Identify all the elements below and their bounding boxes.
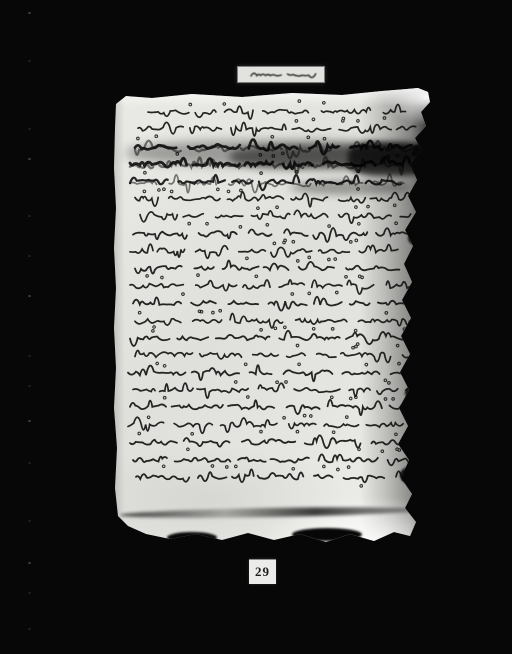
film-edge-mark <box>28 628 31 630</box>
handwritten-line <box>140 210 411 223</box>
handwritten-line <box>138 122 416 136</box>
handwritten-line <box>130 280 414 294</box>
tear-gap <box>292 528 362 541</box>
smudged-line <box>130 157 418 175</box>
handwritten-diacritics <box>153 326 406 332</box>
handwritten-line <box>128 365 415 381</box>
film-edge-mark <box>28 592 31 594</box>
handwritten-line <box>135 351 408 363</box>
film-edge-mark <box>28 255 31 257</box>
film-edge-mark <box>28 355 31 357</box>
handwritten-line <box>135 192 411 207</box>
handwritten-line <box>135 261 415 274</box>
frame-number-label: 29 <box>249 559 276 584</box>
tear-gap <box>411 142 439 162</box>
handwritten-line <box>130 435 413 448</box>
film-edge-mark <box>28 562 31 564</box>
film-edge-mark <box>28 385 31 387</box>
handwritten-line <box>136 469 412 482</box>
film-caption-label <box>237 66 325 83</box>
manuscript-page <box>112 88 430 546</box>
handwritten-diacritics <box>273 239 358 262</box>
handwritten-line <box>133 297 404 311</box>
film-edge-mark <box>28 215 31 217</box>
caption-scribble-text <box>251 73 316 77</box>
handwritten-diacritics <box>292 448 401 471</box>
handwritten-line <box>133 383 420 398</box>
handwritten-diacritics <box>162 465 362 488</box>
film-edge-mark <box>28 158 31 160</box>
film-edge-mark <box>28 520 31 522</box>
film-edge-mark <box>28 128 31 130</box>
film-edge-mark <box>28 462 31 464</box>
handwritten-line <box>130 400 409 415</box>
film-edge-mark <box>28 295 31 297</box>
handwritten-line <box>133 228 415 242</box>
handwritten-diacritics <box>188 204 396 226</box>
handwritten-line <box>133 454 413 465</box>
film-edge-mark <box>28 420 31 422</box>
handwritten-line <box>130 331 415 346</box>
microfilm-photo-canvas: 29 <box>0 0 512 654</box>
frame-number-text: 29 <box>249 560 276 584</box>
handwritten-line <box>135 313 409 328</box>
handwritten-line <box>148 104 406 119</box>
handwritten-diacritics <box>296 343 399 366</box>
tear-gap <box>167 532 217 543</box>
film-edge-mark <box>28 60 31 62</box>
handwritten-line <box>130 244 398 258</box>
tear-gap <box>405 386 431 400</box>
handwritten-line <box>128 417 403 433</box>
caption-text-scribble <box>238 67 324 82</box>
handwriting-ink <box>112 88 430 546</box>
film-edge-mark <box>28 12 31 14</box>
